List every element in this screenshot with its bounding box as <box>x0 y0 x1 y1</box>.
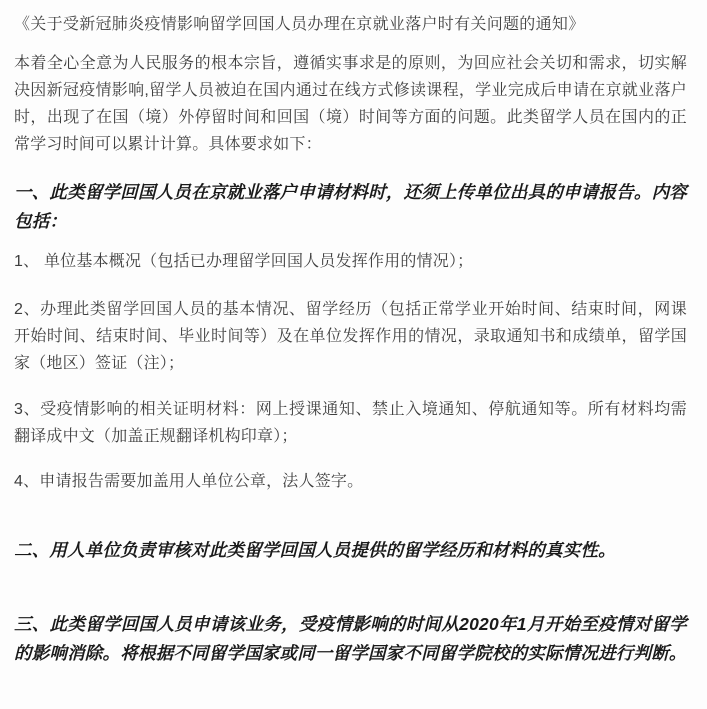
section-one-item-3: 3、受疫情影响的相关证明材料：网上授课通知、禁止入境通知、停航通知等。所有材料均… <box>14 396 687 450</box>
section-three-heading: 三、此类留学回国人员申请该业务，受疫情影响的时间从2020年1月开始至疫情对留学… <box>14 610 687 668</box>
section-one-item-2: 2、办理此类留学回国人员的基本情况、留学经历（包括正常学业开始时间、结束时间，网… <box>14 296 687 377</box>
document-title: 《关于受新冠肺炎疫情影响留学回国人员办理在京就业落户时有关问题的通知》 <box>14 12 687 38</box>
section-one-heading: 一、此类留学回国人员在京就业落户申请材料时，还须上传单位出具的申请报告。内容包括… <box>14 178 687 236</box>
notice-document: 《关于受新冠肺炎疫情影响留学回国人员办理在京就业落户时有关问题的通知》 本着全心… <box>0 0 707 709</box>
section-one-item-4: 4、申请报告需要加盖用人单位公章，法人签字。 <box>14 468 687 495</box>
section-two-heading: 二、用人单位负责审核对此类留学回国人员提供的留学经历和材料的真实性。 <box>14 536 687 565</box>
section-one-item-1: 1、 单位基本概况（包括已办理留学回国人员发挥作用的情况）； <box>14 248 687 275</box>
intro-paragraph: 本着全心全意为人民服务的根本宗旨，遵循实事求是的原则，为回应社会关切和需求，切实… <box>14 50 687 158</box>
